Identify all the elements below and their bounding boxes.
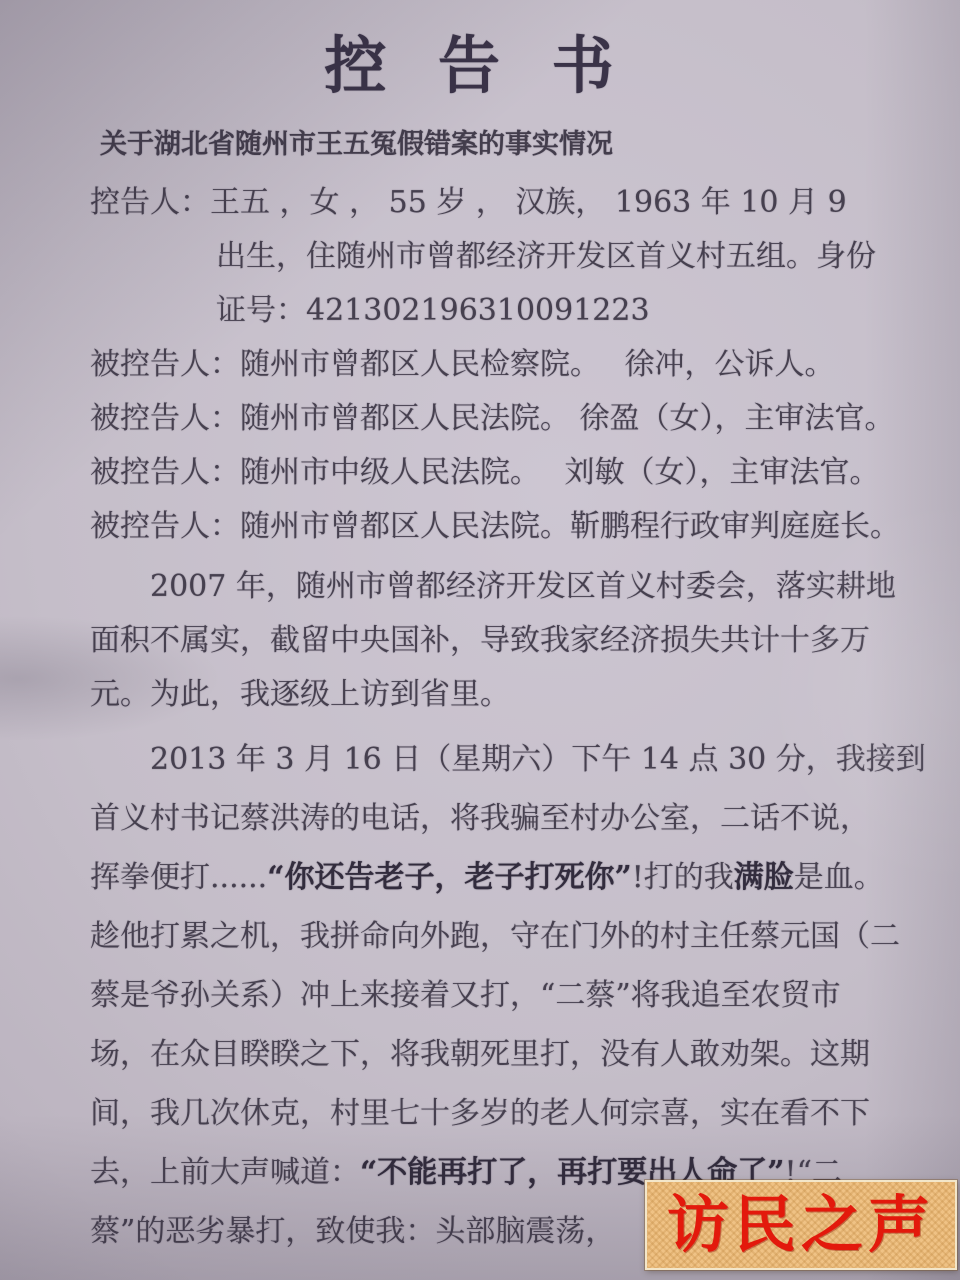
- complainant-line-2: 出生，住随州市曾都经济开发区首义村五组。身份: [90, 230, 850, 284]
- text-segment: 去，上前大声喊道：: [90, 1155, 360, 1190]
- doc-title: 控 告 书: [90, 24, 850, 108]
- paragraph-line: 2013 年 3 月 16 日（星期六）下午 14 点 30 分，我接到: [90, 730, 850, 789]
- complainant-block: 控告人：王五 ，女 ， 55 岁 ， 汉族， 1963 年 10 月 9 出生，…: [90, 176, 850, 554]
- accused-line-3: 被控告人：随州市中级人民法院。 刘敏（女），主审法官。: [90, 446, 850, 500]
- paragraph-line: 间，我几次休克，村里七十多岁的老人何宗喜，实在看不下: [90, 1084, 850, 1143]
- paragraph-line: 挥拳便打......“你还告老子，老子打死你”!打的我满脸是血。: [90, 848, 850, 907]
- paragraph-line: 蔡是爷孙关系）冲上来接着又打，“二蔡”将我追至农贸市: [90, 966, 850, 1025]
- paragraph-line: 场，在众目睽睽之下，将我朝死里打，没有人敢劝架。这期: [90, 1025, 850, 1084]
- watermark-badge: 访民之声: [645, 1180, 957, 1270]
- bold-quote-segment: “你还告老子，老子打死你”: [267, 860, 632, 895]
- paragraph-line: 元。为此，我逐级上访到省里。: [90, 668, 850, 722]
- complainant-line-3: 证号：421302196310091223: [90, 284, 850, 338]
- paragraph-2007: 2007 年，随州市曾都经济开发区首义村委会，落实耕地 面积不属实，截留中央国补…: [90, 560, 850, 722]
- text-segment: 是血。: [794, 860, 884, 895]
- paragraph-line: 首义村书记蔡洪涛的电话，将我骗至村办公室，二话不说，: [90, 789, 850, 848]
- watermark-text: 访民之声: [667, 1194, 935, 1256]
- bold-text-segment: 满脸: [734, 860, 794, 895]
- complainant-line-1: 控告人：王五 ，女 ， 55 岁 ， 汉族， 1963 年 10 月 9: [90, 176, 850, 230]
- paragraph-line: 面积不属实，截留中央国补，导致我家经济损失共计十多万: [90, 614, 850, 668]
- text-segment: !打的我: [632, 860, 734, 895]
- accused-line-2: 被控告人：随州市曾都区人民法院。 徐盈（女），主审法官。: [90, 392, 850, 446]
- accused-line-4: 被控告人：随州市曾都区人民法院。靳鹏程行政审判庭庭长。: [90, 500, 850, 554]
- paragraph-line: 2007 年，随州市曾都经济开发区首义村委会，落实耕地: [90, 560, 850, 614]
- doc-subtitle: 关于湖北省随州市王五冤假错案的事实情况: [90, 128, 850, 162]
- accused-line-1: 被控告人：随州市曾都区人民检察院。 徐冲，公诉人。: [90, 338, 850, 392]
- text-segment: 挥拳便打......: [90, 860, 267, 895]
- paragraph-line: 趁他打累之机，我拼命向外跑，守在门外的村主任蔡元国（二: [90, 907, 850, 966]
- accusation-document: 控 告 书 关于湖北省随州市王五冤假错案的事实情况 控告人：王五 ，女 ， 55…: [90, 24, 850, 1261]
